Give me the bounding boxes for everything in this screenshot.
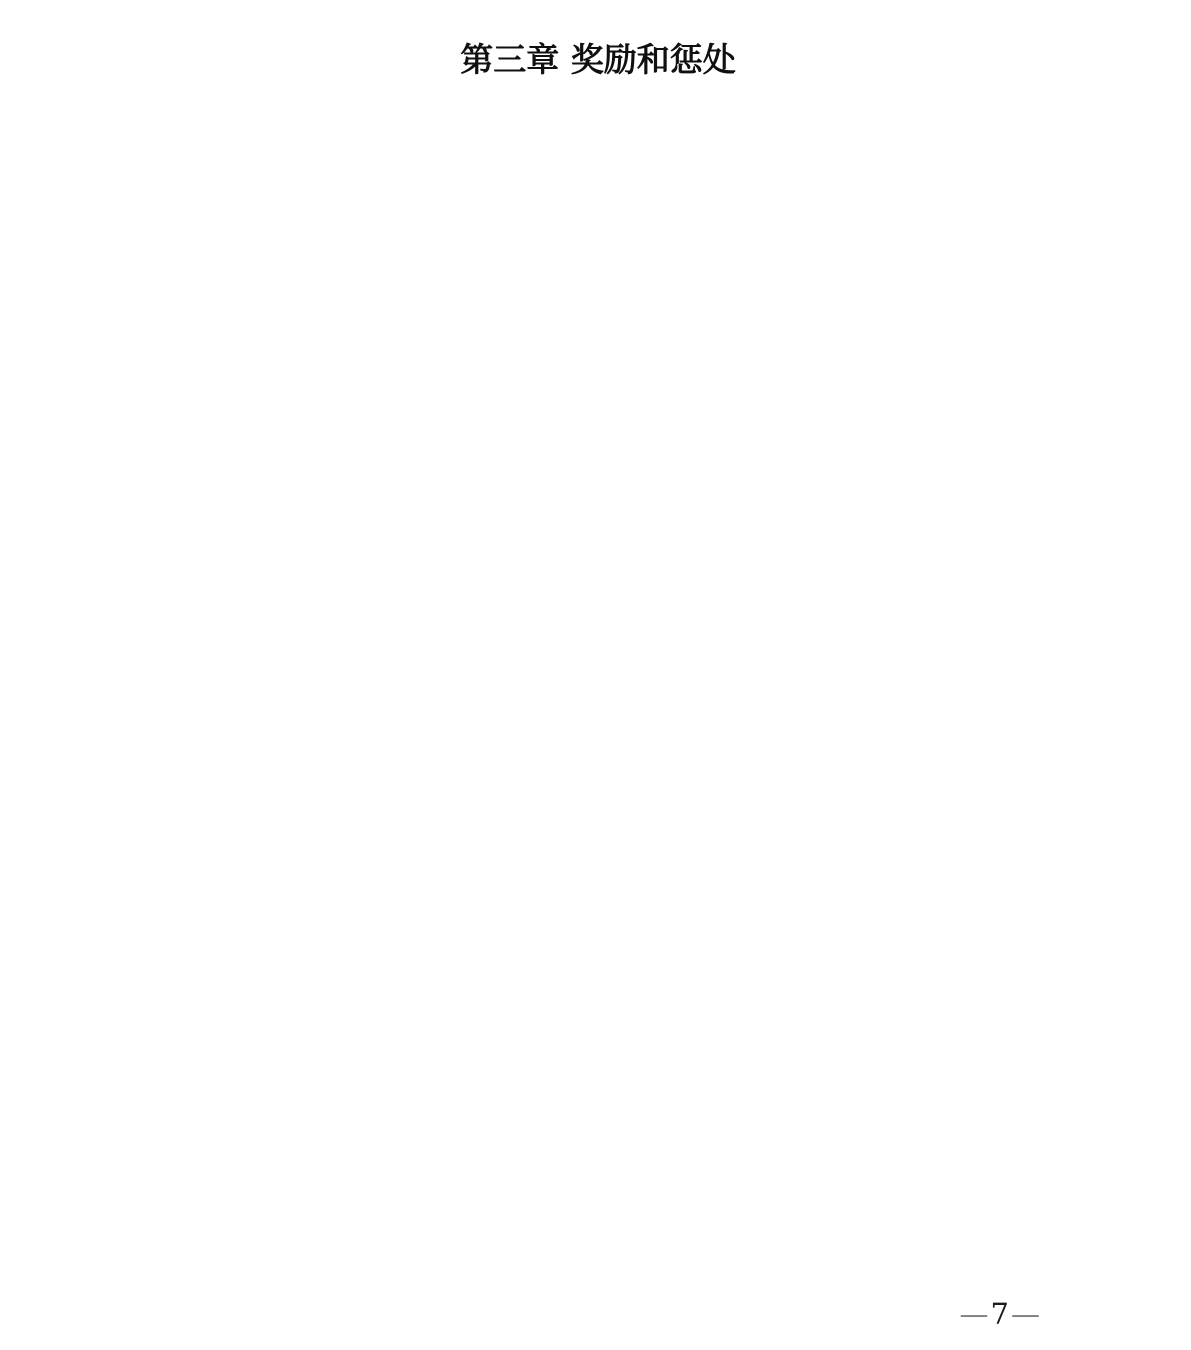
footer-dash-right: — [1011,1297,1040,1331]
page-number: 7 [989,1297,1011,1331]
page-footer: —7— [960,1297,1040,1331]
footer-dash-left: — [960,1297,989,1331]
chapter-3-heading: 第三章 奖励和惩处 [155,32,1041,88]
document-content: 第三章 奖励和惩处 [155,16,1041,110]
